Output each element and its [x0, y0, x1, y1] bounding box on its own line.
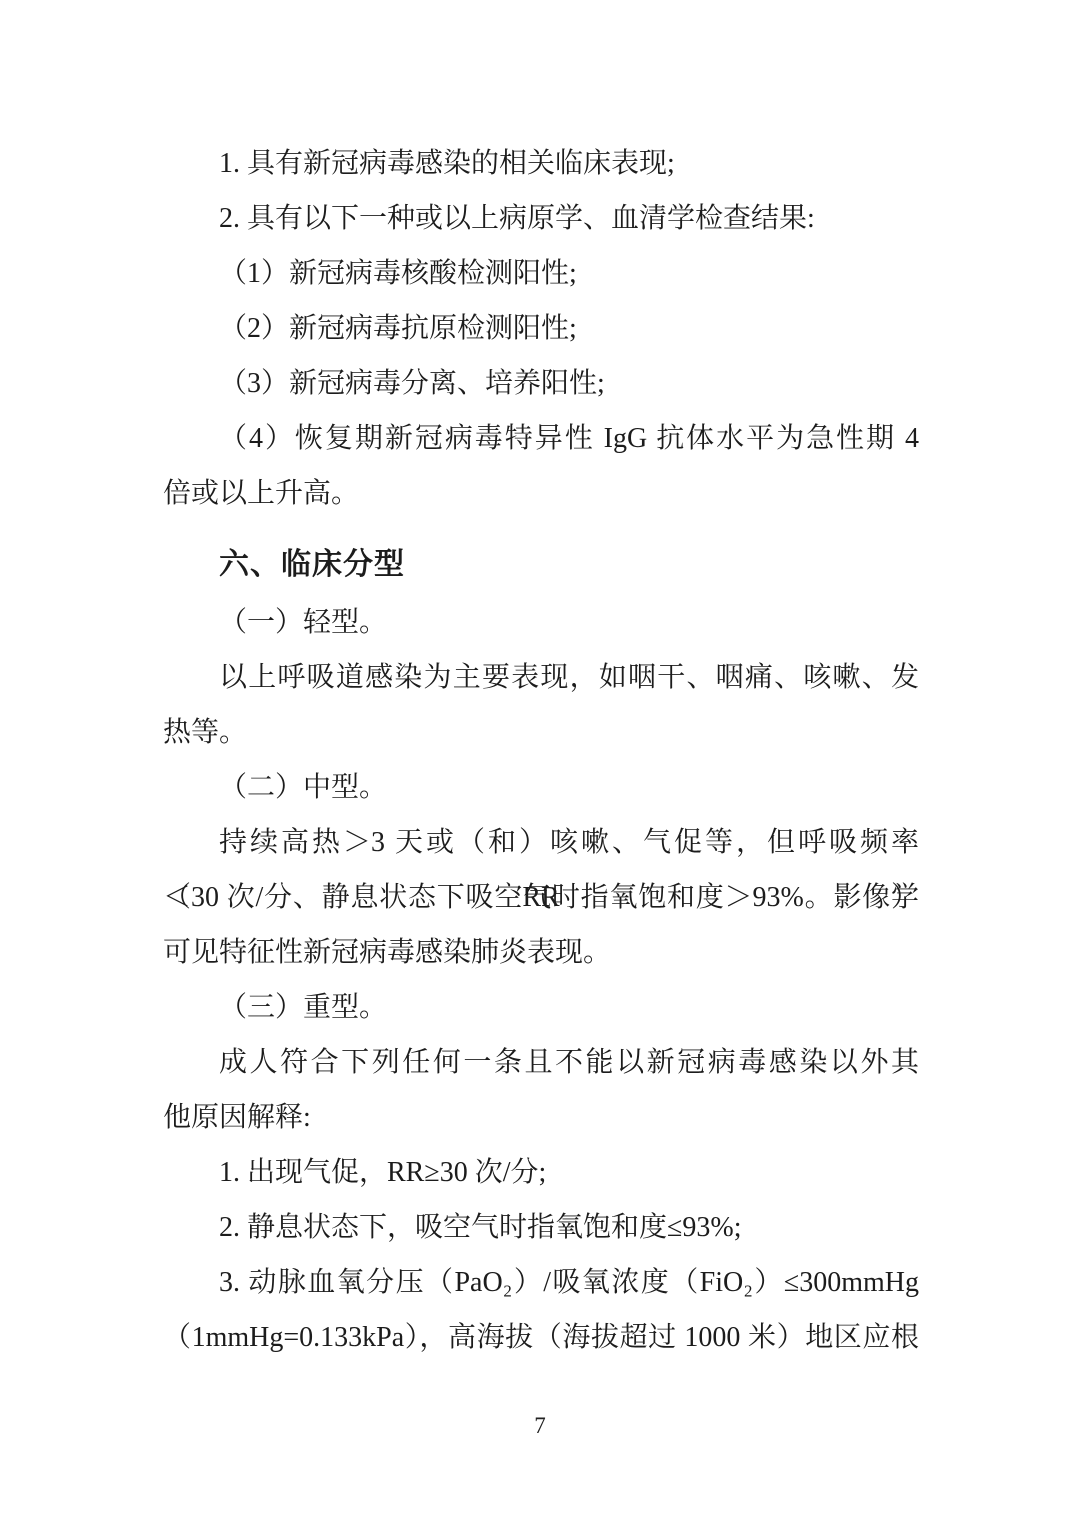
- text-line: 持续高热＞3 天或（和）咳嗽、气促等，但呼吸频率（RR）: [163, 815, 919, 870]
- text-line: 1. 出现气促，RR≥30 次/分;: [163, 1145, 919, 1200]
- text-line: 以上呼吸道感染为主要表现，如咽干、咽痛、咳嗽、发: [163, 650, 919, 705]
- text-line: 热等。: [163, 705, 919, 760]
- text-line: （一）轻型。: [163, 595, 919, 650]
- text-line: 1. 具有新冠病毒感染的相关临床表现;: [163, 136, 919, 191]
- section-heading: 六、临床分型: [163, 537, 919, 592]
- text-line: 2. 具有以下一种或以上病原学、血清学检查结果:: [163, 191, 919, 246]
- text-line: 他原因解释:: [163, 1090, 919, 1145]
- page-number: 7: [0, 1398, 1080, 1453]
- text-line: （2）新冠病毒抗原检测阳性;: [163, 301, 919, 356]
- text-line: （3）新冠病毒分离、培养阳性;: [163, 356, 919, 411]
- text-line: （三）重型。: [163, 980, 919, 1035]
- text-line: （二）中型。: [163, 760, 919, 815]
- text-line: 2. 静息状态下，吸空气时指氧饱和度≤93%;: [163, 1200, 919, 1255]
- text-line: ＜30 次/分、静息状态下吸空气时指氧饱和度＞93%。影像学: [163, 870, 919, 925]
- text-line: 成人符合下列任何一条且不能以新冠病毒感染以外其: [163, 1035, 919, 1090]
- text-line: （4）恢复期新冠病毒特异性 IgG 抗体水平为急性期 4: [163, 411, 919, 466]
- text-line: （1mmHg=0.133kPa），高海拔（海拔超过 1000 米）地区应根: [163, 1310, 919, 1365]
- text-line: （1）新冠病毒核酸检测阳性;: [163, 246, 919, 301]
- text-line: 3. 动脉血氧分压（PaO₂）/吸氧浓度（FiO₂）≤300mmHg: [163, 1255, 919, 1310]
- text-line: 倍或以上升高。: [163, 466, 919, 521]
- text-line: 可见特征性新冠病毒感染肺炎表现。: [163, 925, 919, 980]
- document-body: 1. 具有新冠病毒感染的相关临床表现;2. 具有以下一种或以上病原学、血清学检查…: [163, 136, 919, 1365]
- document-page: 1. 具有新冠病毒感染的相关临床表现;2. 具有以下一种或以上病原学、血清学检查…: [0, 0, 1080, 1527]
